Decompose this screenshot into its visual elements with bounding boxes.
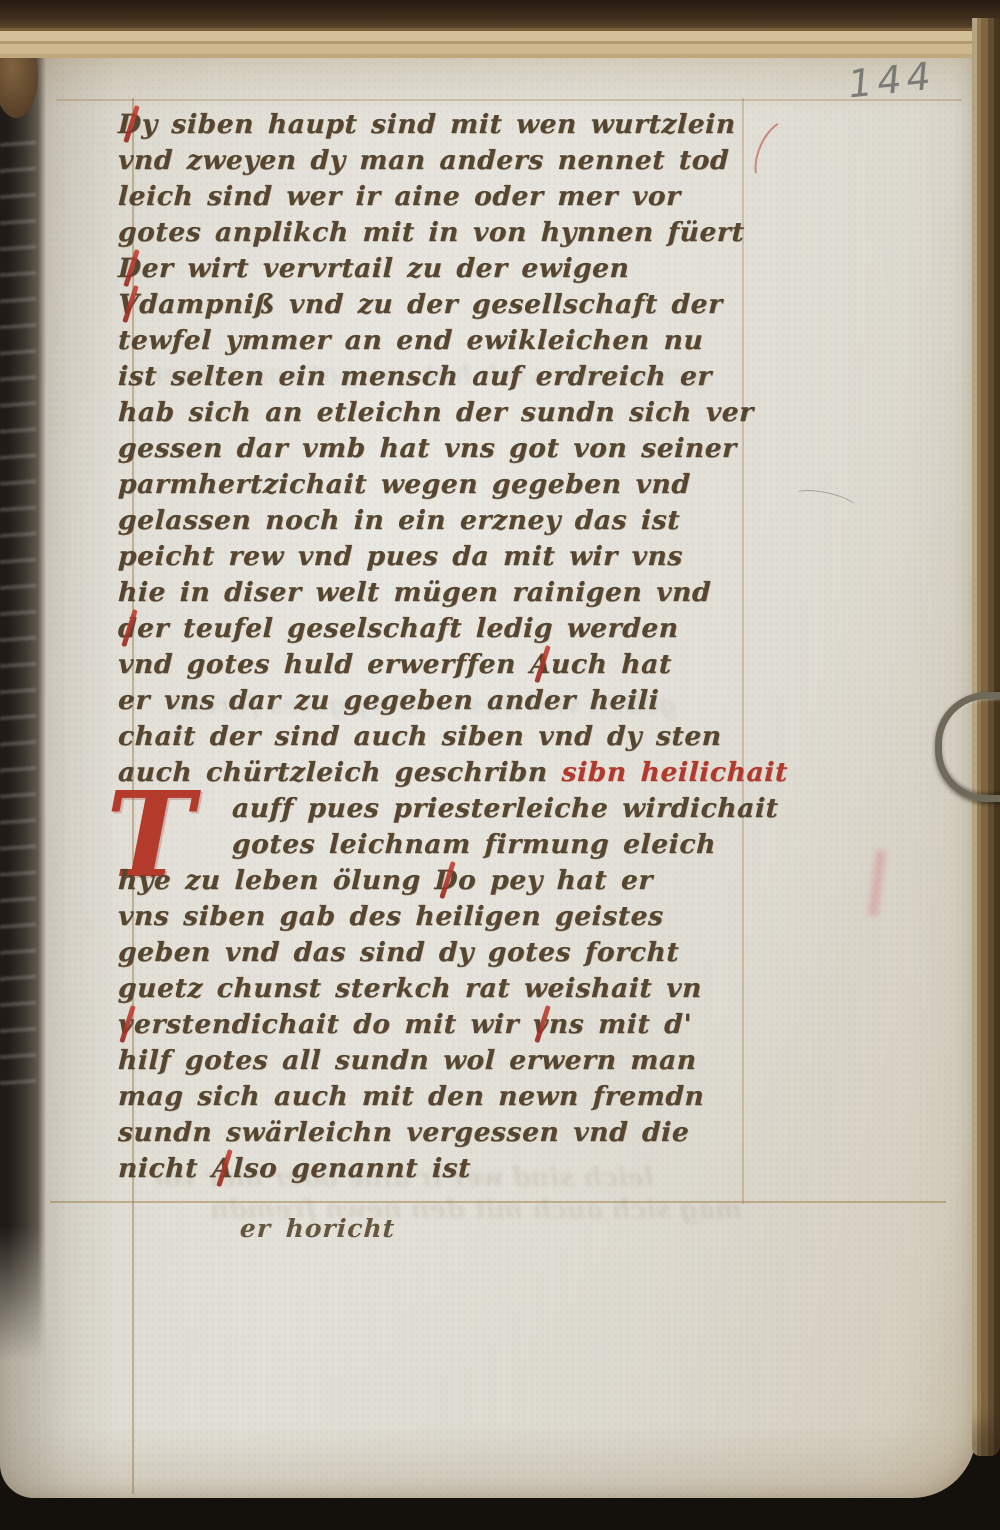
manuscript-line: Vdampniß vnd zu der gesellschaft der — [117, 288, 834, 323]
ink-text: nicht — [117, 1153, 212, 1184]
manuscript-line: hab sich an etleichn der sundn sich ver — [117, 396, 834, 431]
ink-text: parmhertzichait wegen gegeben vnd — [117, 469, 691, 500]
manuscript-line: geben vnd das sind dy gotes forcht — [117, 936, 834, 971]
ink-text: uch hat — [551, 649, 673, 680]
manuscript-line: gessen dar vmb hat vns got von seiner — [117, 432, 834, 467]
manuscript-line: der teufel geselschaft ledig werden — [117, 612, 834, 647]
manuscript-line: sundn swärleichn vergessen vnd die — [117, 1116, 834, 1151]
manuscript-line: hye zu leben ölung Do pey hat er — [117, 864, 834, 899]
ink-text: erstendichait do mit wir — [133, 1009, 533, 1040]
manuscript-line: hie in diser welt mügen rainigen vnd — [117, 576, 834, 611]
rubric-text: V — [117, 288, 139, 321]
ink-text: chait der sind auch siben vnd dy sten — [117, 721, 722, 752]
ink-text: geben vnd das sind dy gotes forcht — [117, 937, 679, 968]
text-block: T er horicht Dy siben haupt sind mit wen… — [0, 0, 1000, 1530]
manuscript-line: vns siben gab des heiligen geistes — [117, 900, 834, 935]
ink-text: hab sich an etleichn der sundn sich ver — [117, 397, 754, 428]
rubric-text: A — [211, 1152, 233, 1185]
ink-text: vnd zweyen dy man anders nennet tod — [117, 145, 729, 176]
manuscript-line: gotes leichnam firmung eleich — [117, 828, 948, 863]
ink-text: y siben haupt sind mit wen wurtzlein — [141, 109, 736, 140]
ink-text: er wirt vervrtail zu der ewigen — [141, 253, 630, 284]
manuscript-line: er vns dar zu gegeben ander heili — [117, 684, 834, 719]
manuscript-line: peicht rew vnd pues da mit wir vns — [117, 540, 834, 575]
manuscript-line: ist selten ein mensch auf erdreich er — [117, 360, 834, 395]
manuscript-line: chait der sind auch siben vnd dy sten — [117, 720, 834, 755]
ink-text: tewfel ymmer an end ewikleichen nu — [117, 325, 703, 356]
manuscript-line: auch chürtzleich geschribn sibn heilicha… — [117, 756, 834, 791]
ink-text: er teufel geselschaft ledig werden — [137, 613, 680, 644]
manuscript-line: vnd gotes huld erwerffen Auch hat — [117, 648, 834, 683]
ink-text: guetz chunst sterkch rat weishait vn — [117, 973, 702, 1004]
ink-text: lso genannt ist — [232, 1153, 471, 1184]
manuscript-line: parmhertzichait wegen gegeben vnd — [117, 468, 834, 503]
ink-text: gotes anplikch mit in von hynnen füert — [117, 217, 744, 248]
catchword: er horicht — [239, 1214, 396, 1243]
book-top-edge-dark — [0, 0, 1000, 30]
ink-text: hye zu leben ölung — [117, 865, 435, 896]
ink-text: gotes leichnam firmung eleich — [231, 829, 716, 860]
manuscript-line: Dy siben haupt sind mit wen wurtzlein — [117, 108, 834, 143]
manuscript-line: Der wirt vervrtail zu der ewigen — [117, 252, 834, 287]
rubric-text: D — [434, 864, 459, 897]
ink-text: gessen dar vmb hat vns got von seiner — [117, 433, 737, 464]
manuscript-line: leich sind wer ir aine oder mer vor — [117, 180, 834, 215]
ink-text: dampniß vnd zu der gesellschaft der — [139, 289, 724, 320]
ink-text: peicht rew vnd pues da mit wir vns — [117, 541, 683, 572]
manuscript-line: guetz chunst sterkch rat weishait vn — [117, 972, 834, 1007]
ink-text: auch chürtzleich geschribn — [117, 757, 562, 788]
rubric-text: d — [117, 612, 137, 645]
book-top-edge-boards — [0, 28, 1000, 58]
rubric-text: sibn heilichait — [561, 757, 788, 788]
ink-text: hilf gotes all sundn wol erwern man — [117, 1045, 697, 1076]
ink-text: hie in diser welt mügen rainigen vnd — [117, 577, 711, 608]
manuscript-photo: { "document": { "page_number": "144", "i… — [0, 0, 1000, 1530]
manuscript-line: gelassen noch in ein erzney das ist — [117, 504, 834, 539]
ink-text: vnd gotes huld erwerffen — [117, 649, 530, 680]
ink-text: ns mit d' — [548, 1009, 692, 1040]
rubric-text: D — [117, 252, 142, 285]
ink-text: vns siben gab des heiligen geistes — [117, 901, 664, 932]
ink-text: mag sich auch mit den newn fremdn — [117, 1081, 704, 1112]
ink-text: auff pues priesterleiche wirdichait — [231, 793, 779, 824]
ink-text: er vns dar zu gegeben ander heili — [117, 685, 659, 716]
ink-text: leich sind wer ir aine oder mer vor — [117, 181, 681, 212]
ink-text: ist selten ein mensch auf erdreich er — [117, 361, 712, 392]
pencil-folio-number: 144 — [846, 54, 938, 107]
manuscript-line: auff pues priesterleiche wirdichait — [117, 792, 948, 827]
rubric-text: A — [529, 648, 551, 681]
manuscript-line: verstendichait do mit wir vns mit d' — [117, 1008, 834, 1043]
ink-text: sundn swärleichn vergessen vnd die — [117, 1117, 689, 1148]
rubric-text: v — [117, 1008, 134, 1041]
manuscript-line: tewfel ymmer an end ewikleichen nu — [117, 324, 834, 359]
facing-page-ghost-script — [0, 130, 36, 1090]
manuscript-line: vnd zweyen dy man anders nennet tod — [117, 144, 834, 179]
ink-text: gelassen noch in ein erzney das ist — [117, 505, 680, 536]
manuscript-line: gotes anplikch mit in von hynnen füert — [117, 216, 834, 251]
rubric-text: D — [117, 108, 142, 141]
manuscript-line: hilf gotes all sundn wol erwern man — [117, 1044, 834, 1079]
manuscript-line: nicht Also genannt ist — [117, 1152, 834, 1187]
manuscript-line: mag sich auch mit den newn fremdn — [117, 1080, 834, 1115]
ink-text: o pey hat er — [458, 865, 654, 896]
rubric-text: v — [532, 1008, 549, 1041]
